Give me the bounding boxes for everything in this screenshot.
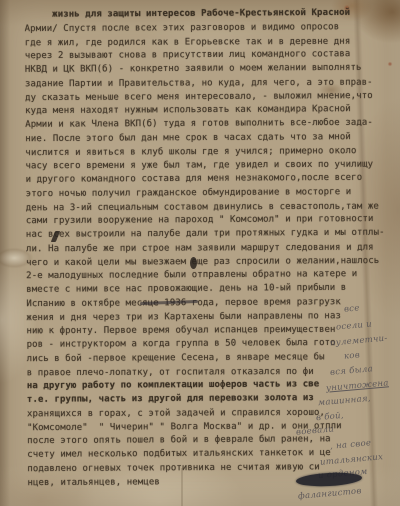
typed-line: и другого командного состава для меня не…: [26, 172, 396, 188]
typed-line: задание Партии и Правительства, но куда,…: [25, 76, 395, 91]
typed-line: нас всех выстроили на палубе дали три пр…: [26, 227, 396, 243]
typed-line: день на 3-ий специальным составом двинул…: [26, 200, 396, 215]
typed-line: "Комсомоле" " Чичерин" " Волга Москва" и…: [27, 419, 397, 435]
typed-line: вместе с ними все нас провожающие. день …: [26, 282, 396, 298]
typed-line: где я жил, где родился как в Егорьевске …: [25, 35, 395, 50]
handwritten-annotation: все: [344, 303, 360, 314]
typed-line: НКВД и ЦК ВКП(б) - конкретно заявили о м…: [25, 62, 395, 78]
typed-line: ли. На палубе же при строе нам заявили м…: [26, 241, 396, 256]
document-page: жизнь для защиты интересов Рабоче-Кресть…: [0, 0, 400, 506]
typed-line: Армии/ Спустя после всех этих разговоров…: [25, 21, 395, 37]
typed-line: этого ночью получил гражданское обмундир…: [26, 186, 396, 202]
typed-line: Армии и как Члена ВКП(б) туда я готов вы…: [25, 117, 395, 133]
typed-line: лись в бой -первое крещение Сесена, в ян…: [27, 351, 397, 367]
ink-smudge: [190, 257, 197, 269]
paper-crease: [181, 468, 183, 506]
typed-line: жизнь для защиты интересов Рабоче-Кресть…: [25, 7, 395, 23]
handwritten-annotation: ков: [344, 350, 361, 361]
